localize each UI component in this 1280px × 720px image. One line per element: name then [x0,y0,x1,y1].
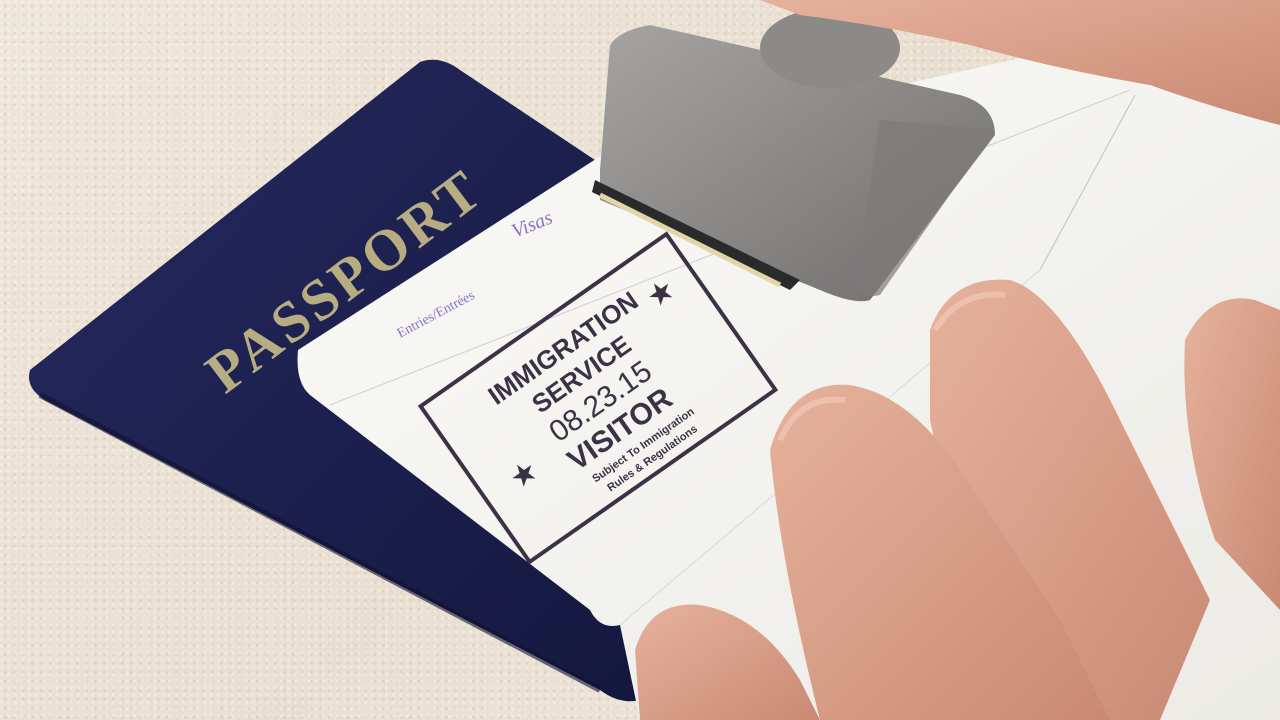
photo-illustration: PASSPORT Visas Entries/Entrées IMMIGRATI… [0,0,1280,720]
photo-scene: PASSPORT Visas Entries/Entrées IMMIGRATI… [0,0,1280,720]
